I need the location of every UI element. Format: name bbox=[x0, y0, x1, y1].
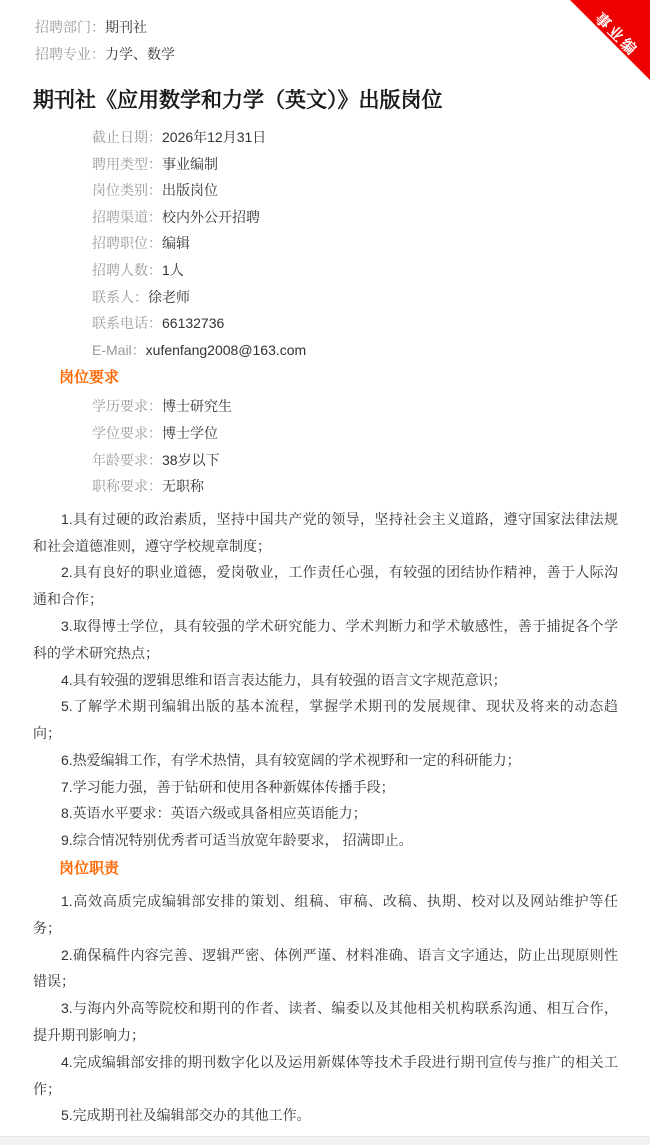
detail-row: 截止日期：2026年12月31日 bbox=[92, 124, 650, 151]
criteria-row: 学位要求：博士学位 bbox=[92, 420, 650, 447]
detail-row: 联系人：徐老师 bbox=[92, 284, 650, 311]
criteria-label: 学历要求： bbox=[92, 398, 162, 414]
criteria-value: 博士研究生 bbox=[162, 398, 232, 414]
section-title-duties: 岗位职责 bbox=[59, 856, 650, 882]
footer-divider-bar bbox=[0, 1136, 650, 1145]
detail-row: 联系电话：66132736 bbox=[92, 310, 650, 337]
criteria-label: 学位要求： bbox=[92, 425, 162, 441]
detail-value: 编辑 bbox=[162, 235, 190, 251]
requirement-item: 7.学习能力强，善于钻研和使用各种新媒体传播手段； bbox=[33, 774, 618, 801]
corner-ribbon: 事业编 bbox=[550, 0, 650, 100]
requirement-item: 5.了解学术期刊编辑出版的基本流程，掌握学术期刊的发展规律、现状及将来的动态趋向… bbox=[33, 693, 618, 747]
detail-value: xufenfang2008@163.com bbox=[146, 342, 307, 358]
duty-item: 4.完成编辑部安排的期刊数字化以及运用新媒体等技术手段进行期刊宣传与推广的相关工… bbox=[33, 1049, 618, 1103]
detail-value: 徐老师 bbox=[148, 289, 190, 305]
detail-label: 招聘职位： bbox=[92, 235, 162, 251]
detail-value: 66132736 bbox=[162, 315, 224, 331]
requirement-item: 9.综合情况特别优秀者可适当放宽年龄要求， 招满即止。 bbox=[33, 827, 618, 854]
duty-item: 1.高效高质完成编辑部安排的策划、组稿、审稿、改稿、执期、校对以及网站维护等任务… bbox=[33, 888, 618, 942]
detail-row: 聘用类型：事业编制 bbox=[92, 151, 650, 178]
detail-value: 事业编制 bbox=[162, 156, 218, 172]
meta-value: 力学、数学 bbox=[105, 46, 175, 62]
detail-label: 聘用类型： bbox=[92, 156, 162, 172]
criteria-label: 职称要求： bbox=[92, 478, 162, 494]
detail-value: 出版岗位 bbox=[162, 182, 218, 198]
detail-value: 校内外公开招聘 bbox=[162, 209, 260, 225]
detail-label: 岗位类别： bbox=[92, 182, 162, 198]
duties-paragraphs: 1.高效高质完成编辑部安排的策划、组稿、审稿、改稿、执期、校对以及网站维护等任务… bbox=[0, 888, 650, 1129]
meta-value: 期刊社 bbox=[105, 19, 147, 35]
detail-row: 招聘渠道：校内外公开招聘 bbox=[92, 204, 650, 231]
duty-item: 3.与海内外高等院校和期刊的作者、读者、编委以及其他相关机构联系沟通、相互合作，… bbox=[33, 995, 618, 1049]
detail-label: E-Mail： bbox=[92, 342, 146, 358]
criteria-label: 年龄要求： bbox=[92, 452, 162, 468]
detail-value: 2026年12月31日 bbox=[162, 129, 266, 145]
criteria-value: 博士学位 bbox=[162, 425, 218, 441]
requirements-criteria-list: 学历要求：博士研究生 学位要求：博士学位 年龄要求：38岁以下 职称要求：无职称 bbox=[92, 393, 650, 499]
detail-label: 招聘渠道： bbox=[92, 209, 162, 225]
criteria-row: 学历要求：博士研究生 bbox=[92, 393, 650, 420]
duty-item: 2.确保稿件内容完善、逻辑严密、体例严谨、材料准确、语言文字通达，防止出现原则性… bbox=[33, 942, 618, 996]
requirement-item: 6.热爱编辑工作，有学术热情，具有较宽阔的学术视野和一定的科研能力； bbox=[33, 747, 618, 774]
criteria-row: 年龄要求：38岁以下 bbox=[92, 447, 650, 474]
detail-row: E-Mail：xufenfang2008@163.com bbox=[92, 337, 650, 364]
job-details-list: 截止日期：2026年12月31日 聘用类型：事业编制 岗位类别：出版岗位 招聘渠… bbox=[92, 124, 650, 363]
criteria-value: 38岁以下 bbox=[162, 452, 220, 468]
detail-row: 岗位类别：出版岗位 bbox=[92, 177, 650, 204]
duty-item: 5.完成期刊社及编辑部交办的其他工作。 bbox=[33, 1102, 618, 1129]
meta-label: 招聘部门： bbox=[35, 19, 105, 35]
job-posting-page: 事业编 招聘部门：期刊社 招聘专业：力学、数学 期刊社《应用数学和力学（英文）》… bbox=[0, 0, 650, 1145]
requirement-item: 4.具有较强的逻辑思维和语言表达能力，具有较强的语言文字规范意识； bbox=[33, 667, 618, 694]
detail-label: 联系电话： bbox=[92, 315, 162, 331]
requirements-paragraphs: 1.具有过硬的政治素质，坚持中国共产党的领导，坚持社会主义道路，遵守国家法律法规… bbox=[0, 506, 650, 854]
page-title: 期刊社《应用数学和力学（英文）》出版岗位 bbox=[33, 86, 618, 116]
criteria-row: 职称要求：无职称 bbox=[92, 473, 650, 500]
requirement-item: 2.具有良好的职业道德，爱岗敬业，工作责任心强，有较强的团结协作精神，善于人际沟… bbox=[33, 559, 618, 613]
detail-label: 招聘人数： bbox=[92, 262, 162, 278]
detail-row: 招聘人数：1人 bbox=[92, 257, 650, 284]
detail-label: 联系人： bbox=[92, 289, 148, 305]
requirement-item: 8.英语水平要求：英语六级或具备相应英语能力； bbox=[33, 800, 618, 827]
requirement-item: 1.具有过硬的政治素质，坚持中国共产党的领导，坚持社会主义道路，遵守国家法律法规… bbox=[33, 506, 618, 560]
detail-row: 招聘职位：编辑 bbox=[92, 230, 650, 257]
requirement-item: 3.取得博士学位，具有较强的学术研究能力、学术判断力和学术敏感性，善于捕捉各个学… bbox=[33, 613, 618, 667]
section-title-requirements: 岗位要求 bbox=[59, 365, 650, 391]
detail-value: 1人 bbox=[162, 262, 184, 278]
detail-label: 截止日期： bbox=[92, 129, 162, 145]
criteria-value: 无职称 bbox=[162, 478, 204, 494]
meta-label: 招聘专业： bbox=[35, 46, 105, 62]
